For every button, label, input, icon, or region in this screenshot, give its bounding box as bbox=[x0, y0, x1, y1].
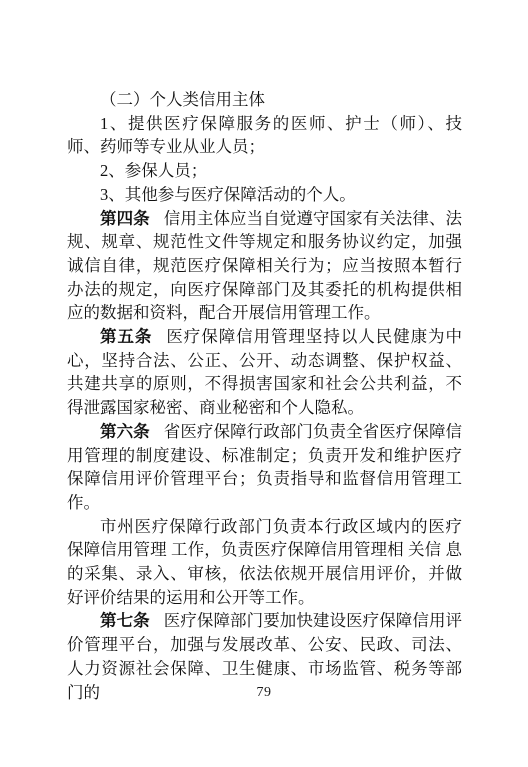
document-page: （二）个人类信用主体 1、提供医疗保障服务的医师、护士（师）、技师、药师等专业从… bbox=[0, 0, 528, 767]
document-body: （二）个人类信用主体 1、提供医疗保障服务的医师、护士（师）、技师、药师等专业从… bbox=[67, 88, 462, 704]
article-label: 第四条 bbox=[100, 209, 150, 228]
paragraph: 2、参保人员； bbox=[67, 159, 462, 183]
paragraph: 市州医疗保障行政部门负责本行政区域内的医疗保障信用管理 工作，负责医疗保障信用管… bbox=[67, 515, 462, 610]
page-number: 79 bbox=[0, 685, 528, 701]
article-label: 第五条 bbox=[100, 327, 152, 346]
paragraph-text: 市州医疗保障行政部门负责本行政区域内的医疗保障信用管理 工作，负责医疗保障信用管… bbox=[67, 517, 462, 607]
paragraph: 1、提供医疗保障服务的医师、护士（师）、技师、药师等专业从业人员； bbox=[67, 112, 462, 159]
article-label: 第七条 bbox=[100, 611, 150, 630]
paragraph: 第四条信用主体应当自觉遵守国家有关法律、法规、规章、规范性文件等规定和服务协议约… bbox=[67, 207, 462, 326]
article-label: 第六条 bbox=[100, 422, 150, 441]
paragraph-text: 3、其他参与医疗保障活动的个人。 bbox=[100, 185, 356, 204]
paragraph: 第六条省医疗保障行政部门负责全省医疗保障信用管理的制度建设、标准制定；负责开发和… bbox=[67, 420, 462, 515]
paragraph: （二）个人类信用主体 bbox=[67, 88, 462, 112]
paragraph-text: 1、提供医疗保障服务的医师、护士（师）、技师、药师等专业从业人员； bbox=[67, 114, 462, 157]
paragraph: 3、其他参与医疗保障活动的个人。 bbox=[67, 183, 462, 207]
paragraph-text: 2、参保人员； bbox=[100, 161, 207, 180]
paragraph-text: （二）个人类信用主体 bbox=[100, 90, 265, 109]
paragraph: 第五条医疗保障信用管理坚持以人民健康为中心，坚持合法、公正、公开、动态调整、保护… bbox=[67, 325, 462, 420]
